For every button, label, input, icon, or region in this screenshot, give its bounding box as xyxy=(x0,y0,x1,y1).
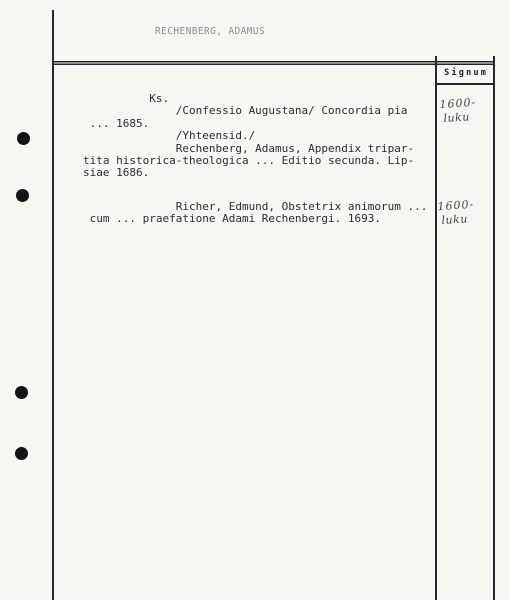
catalog-card-page: RECHENBERG, ADAMUS Signum Ks. /Confessio… xyxy=(0,0,510,600)
signum-handwritten-1-line2: luku xyxy=(443,110,478,126)
right-edge-rule xyxy=(493,56,495,600)
catalog-entry-2: Richer, Edmund, Obstetrix animorum ... c… xyxy=(83,201,427,226)
top-rule xyxy=(52,61,495,65)
catalog-entry-1: Ks. /Confessio Augustana/ Concordia pia … xyxy=(83,93,414,180)
signum-header-bottom-rule xyxy=(435,83,495,85)
punch-hole-dot xyxy=(17,132,30,145)
signum-handwritten-1: 1600- luku xyxy=(439,96,478,126)
page-title: RECHENBERG, ADAMUS xyxy=(155,26,265,37)
punch-hole-dot xyxy=(15,447,28,460)
signum-handwritten-1-line1: 1600- xyxy=(439,96,477,113)
punch-hole-dot xyxy=(16,189,29,202)
punch-hole-dot xyxy=(15,386,28,399)
signum-handwritten-2-line1: 1600- xyxy=(437,198,475,215)
signum-handwritten-2: 1600- luku xyxy=(437,198,476,228)
left-margin-rule xyxy=(52,10,54,600)
signum-column-rule xyxy=(435,56,437,600)
signum-handwritten-2-line2: luku xyxy=(441,212,476,228)
signum-column-header: Signum xyxy=(437,63,493,83)
